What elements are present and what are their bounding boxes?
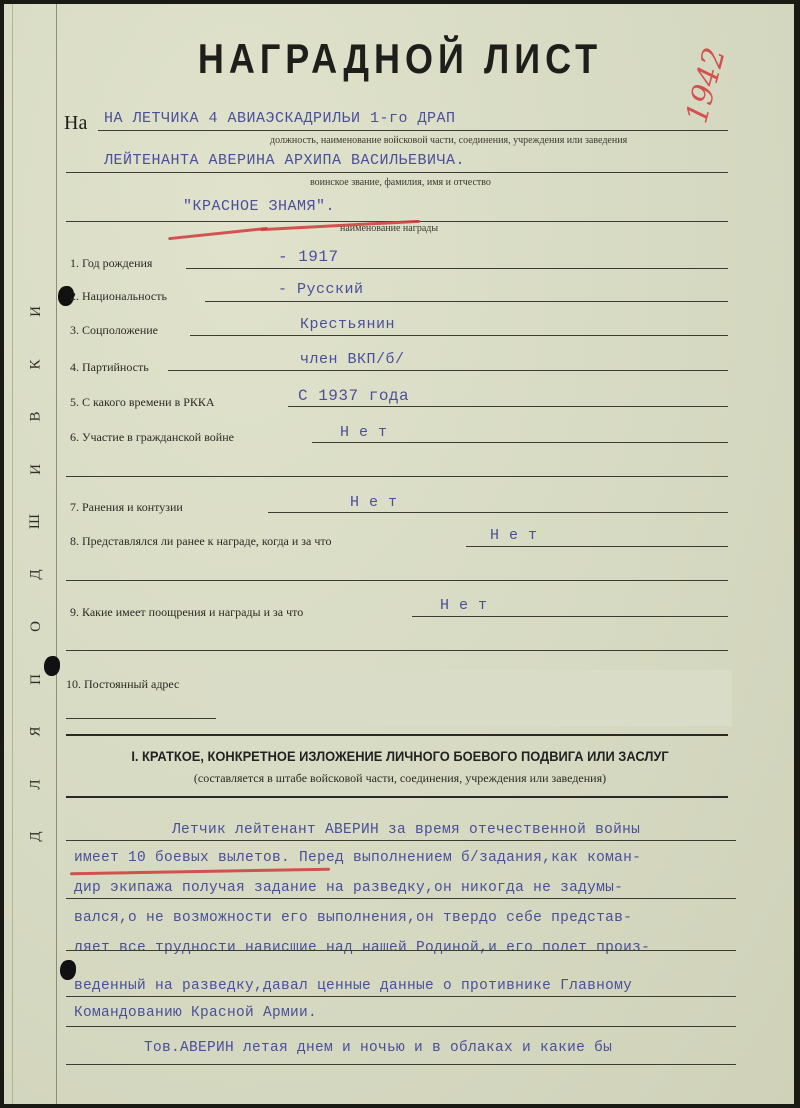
na-label: На <box>64 112 87 135</box>
field-label-party: 4. Партийность <box>70 360 149 375</box>
field-value-wounds: Н е т <box>350 494 398 511</box>
field-value-social-status: Крестьянин <box>300 316 395 333</box>
field-value-party: член ВКП/б/ <box>300 351 405 368</box>
rule <box>190 335 728 336</box>
field-label-social-status: 3. Соцположение <box>70 323 158 338</box>
rule <box>66 718 216 719</box>
narrative-line: Командованию Красной Армии. <box>74 1005 317 1021</box>
side-letter: Я <box>28 726 43 736</box>
rule <box>66 580 728 581</box>
narrative-line: вался,о не возможности его выполнения,он… <box>74 910 632 926</box>
narrative-line: ляет все трудности нависшие над нашей Ро… <box>74 940 650 956</box>
rule <box>66 1026 736 1027</box>
award-value: "КРАСНОЕ ЗНАМЯ". <box>183 198 335 215</box>
narrative-line: Тов.АВЕРИН летая днем и ночью и в облака… <box>144 1040 612 1056</box>
side-letter: В <box>28 411 43 421</box>
rule <box>66 996 736 997</box>
field-label-commendations: 9. Какие имеет поощрения и награды и за … <box>70 605 303 620</box>
rule <box>268 512 728 513</box>
narrative-line: дир экипажа получая задание на разведку,… <box>74 880 623 896</box>
page-title: НАГРАДНОЙ ЛИСТ <box>0 35 800 83</box>
side-letter: Д <box>28 831 43 841</box>
punch-hole-icon <box>60 960 76 980</box>
position-value: НА ЛЕТЧИКА 4 АВИАЭСКАДРИЛЬИ 1-го ДРАП <box>104 110 456 127</box>
rule <box>186 268 728 269</box>
rule <box>66 898 736 899</box>
field-value-civil-war: Н е т <box>340 424 388 441</box>
margin-rule-outer <box>12 4 13 1104</box>
section-rule-top <box>66 734 728 736</box>
side-letter: Д <box>28 569 43 579</box>
rule <box>66 476 728 477</box>
field-value-commendations: Н е т <box>440 597 488 614</box>
position-caption: должность, наименование войсковой части,… <box>270 135 627 146</box>
rule <box>98 130 728 131</box>
section-heading: I. КРАТКОЕ, КОНКРЕТНОЕ ИЗЛОЖЕНИЕ ЛИЧНОГО… <box>32 748 768 764</box>
side-letter: К <box>28 359 43 369</box>
rule <box>312 442 728 443</box>
field-value-nationality: - Русский <box>278 281 364 298</box>
section-subheading: (составляется в штабе войсковой части, с… <box>0 771 800 786</box>
field-label-nationality: 2. Национальность <box>70 289 167 304</box>
field-label-prior-awards: 8. Представлялся ли ранее к награде, ког… <box>70 534 332 549</box>
field-label-birth-year: 1. Год рождения <box>70 256 152 271</box>
rule <box>66 840 736 841</box>
side-letter: И <box>29 464 44 475</box>
side-letter: И <box>29 306 44 317</box>
rule <box>66 950 736 951</box>
name-value: ЛЕЙТЕНАНТА АВЕРИНА АРХИПА ВАСИЛЬЕВИЧА. <box>104 152 465 169</box>
field-label-address: 10. Постоянный адрес <box>66 677 179 692</box>
margin-rule <box>56 4 57 1104</box>
narrative-line: Летчик лейтенант АВЕРИН за время отечест… <box>172 822 640 838</box>
award-sheet: Д Л Я П О Д Ш И В К И <box>4 4 794 1104</box>
narrative-line: имеет 10 боевых вылетов. Перед выполнени… <box>74 850 641 866</box>
field-value-rkka-since: С 1937 года <box>298 387 409 405</box>
rule <box>168 370 728 371</box>
rule <box>412 616 728 617</box>
rule <box>66 650 728 651</box>
punch-hole-icon <box>44 656 60 676</box>
rule <box>205 301 728 302</box>
rule <box>66 172 728 173</box>
field-label-wounds: 7. Ранения и контузии <box>70 500 183 515</box>
field-label-rkka-since: 5. С какого времени в РККА <box>70 395 215 410</box>
narrative-line: веденный на разведку,давал ценные данные… <box>74 978 632 994</box>
side-letter: О <box>29 621 44 632</box>
name-caption: воинское звание, фамилия, имя и отчество <box>310 177 491 188</box>
field-value-birth-year: - 1917 <box>278 248 339 266</box>
section-rule-bottom <box>66 796 728 798</box>
rule <box>466 546 728 547</box>
side-letter: П <box>29 674 44 685</box>
rule <box>66 1064 736 1065</box>
redacted-address <box>212 670 732 726</box>
rule <box>288 406 728 407</box>
field-label-civil-war: 6. Участие в гражданской войне <box>70 430 234 445</box>
field-value-prior-awards: Н е т <box>490 527 538 544</box>
side-letter: Ш <box>28 514 43 529</box>
